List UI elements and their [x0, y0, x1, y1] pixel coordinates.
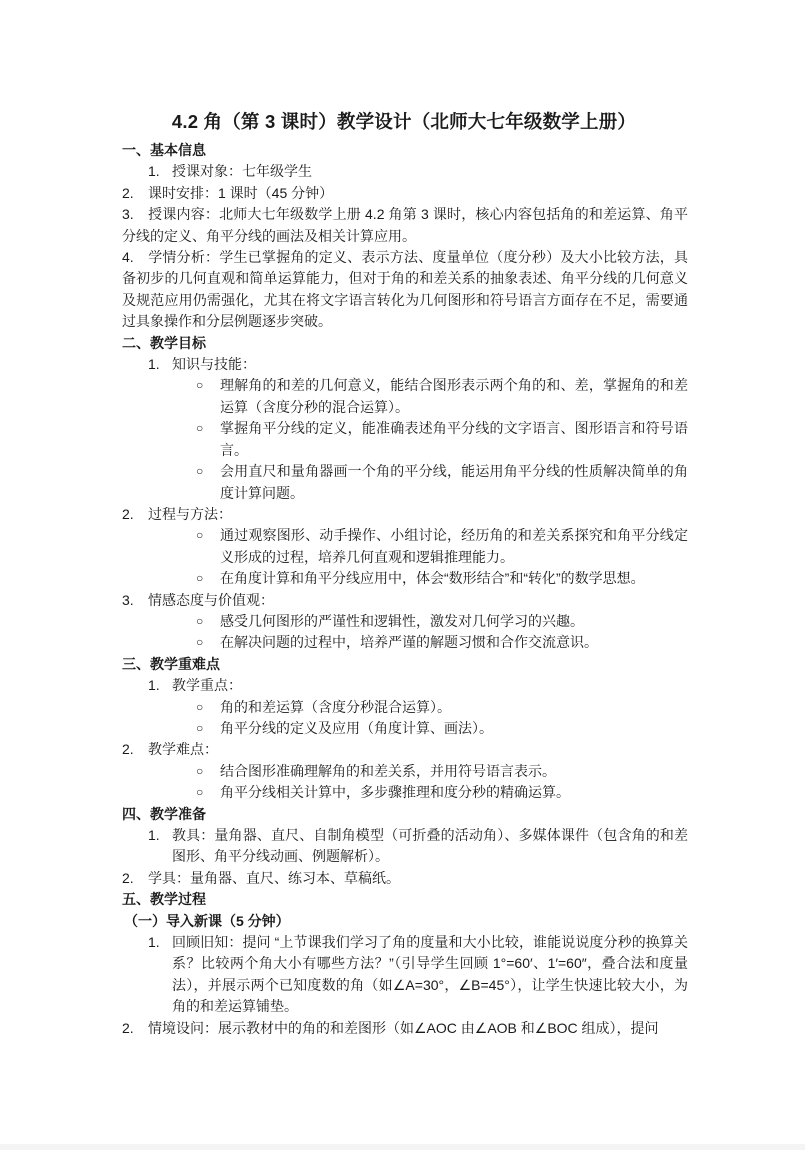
item-text: 教学重点： [172, 677, 242, 693]
circle-bullet-icon: ○ [196, 761, 203, 782]
list-item: 2.课时安排：1 课时（45 分钟） [122, 183, 688, 204]
bullet-item: ○在解决问题的过程中，培养严谨的解题习惯和合作交流意识。 [122, 632, 688, 653]
list-item: 2.教学难点： [122, 739, 688, 760]
bullet-text: 角平分线的定义及应用（角度计算、画法）。 [220, 720, 493, 736]
item-text: 授课内容：北师大七年级数学上册 4.2 角第 3 课时，核心内容包括角的和差运算… [122, 206, 688, 243]
section-heading-key-points: 三、教学重难点 [122, 654, 688, 675]
bullet-item: ○结合图形准确理解角的和差关系，并用符号语言表示。 [122, 761, 688, 782]
bullet-item: ○掌握角平分线的定义，能准确表述角平分线的文字语言、图形语言和符号语言。 [122, 418, 688, 461]
item-number: 2. [122, 1018, 148, 1039]
bullet-item: ○角的和差运算（含度分秒混合运算）。 [122, 697, 688, 718]
item-number: 1. [148, 675, 172, 696]
bullet-item: ○在角度计算和角平分线应用中，体会“数形结合”和“转化”的数学思想。 [122, 568, 688, 589]
bullet-item: ○通过观察图形、动手操作、小组讨论，经历角的和差关系探究和角平分线定义形成的过程… [122, 525, 688, 568]
item-number: 2. [122, 739, 148, 760]
item-number: 1. [148, 161, 172, 182]
circle-bullet-icon: ○ [196, 418, 203, 439]
item-number: 2. [122, 504, 148, 525]
list-item: 1.授课对象：七年级学生 [122, 161, 688, 182]
list-item: 3.情感态度与价值观： [122, 590, 688, 611]
bullet-item: ○角平分线的定义及应用（角度计算、画法）。 [122, 718, 688, 739]
item-text: 教具：量角器、直尺、自制角模型（可折叠的活动角）、多媒体课件（包含角的和差图形、… [172, 827, 688, 864]
bullet-text: 理解角的和差的几何意义，能结合图形表示两个角的和、差，掌握角的和差运算（含度分秒… [220, 377, 688, 414]
item-text: 回顾旧知：提问 “上节课我们学习了角的度量和大小比较，谁能说说度分秒的换算关系？… [172, 934, 688, 1014]
subsection-heading-intro: （一）导入新课（5 分钟） [124, 911, 688, 932]
bullet-item: ○理解角的和差的几何意义，能结合图形表示两个角的和、差，掌握角的和差运算（含度分… [122, 375, 688, 418]
bullet-text: 通过观察图形、动手操作、小组讨论，经历角的和差关系探究和角平分线定义形成的过程，… [220, 527, 688, 564]
bullet-item: ○会用直尺和量角器画一个角的平分线，能运用角平分线的性质解决简单的角度计算问题。 [122, 461, 688, 504]
item-text: 知识与技能： [172, 356, 256, 372]
document-title: 4.2 角（第 3 课时）教学设计（北师大七年级数学上册） [120, 108, 688, 136]
bullet-text: 角的和差运算（含度分秒混合运算）。 [220, 699, 451, 715]
list-item: 2.过程与方法： [122, 504, 688, 525]
circle-bullet-icon: ○ [196, 718, 203, 739]
bullet-text: 会用直尺和量角器画一个角的平分线，能运用角平分线的性质解决简单的角度计算问题。 [220, 463, 688, 500]
bullet-item: ○角平分线相关计算中，多步骤推理和度分秒的精确运算。 [122, 782, 688, 803]
list-item: 2.情境设问：展示教材中的角的和差图形（如∠AOC 由∠AOB 和∠BOC 组成… [122, 1018, 688, 1039]
circle-bullet-icon: ○ [196, 375, 203, 396]
circle-bullet-icon: ○ [196, 782, 203, 803]
list-item: 2.学具：量角器、直尺、练习本、草稿纸。 [122, 868, 688, 889]
item-number: 4. [122, 247, 148, 268]
item-number: 1. [148, 932, 160, 953]
circle-bullet-icon: ○ [196, 611, 203, 632]
circle-bullet-icon: ○ [196, 632, 203, 653]
section-heading-preparation: 四、教学准备 [122, 804, 688, 825]
bullet-text: 结合图形准确理解角的和差关系，并用符号语言表示。 [220, 763, 556, 779]
item-text: 课时安排：1 课时（45 分钟） [148, 185, 333, 201]
list-item: 1.知识与技能： [122, 354, 688, 375]
bullet-item: ○感受几何图形的严谨性和逻辑性，激发对几何学习的兴趣。 [122, 611, 688, 632]
item-text: 教学难点： [148, 741, 218, 757]
item-number: 1. [148, 354, 172, 375]
item-number: 2. [122, 868, 148, 889]
section-heading-teaching-goals: 二、教学目标 [122, 333, 688, 354]
circle-bullet-icon: ○ [196, 461, 203, 482]
list-item: 4.学情分析：学生已掌握角的定义、表示方法、度量单位（度分秒）及大小比较方法，具… [122, 247, 688, 333]
bullet-text: 在角度计算和角平分线应用中，体会“数形结合”和“转化”的数学思想。 [220, 570, 645, 586]
section-heading-basic-info: 一、基本信息 [122, 140, 688, 161]
item-text: 情感态度与价值观： [148, 592, 274, 608]
list-item: 1.教具：量角器、直尺、自制角模型（可折叠的活动角）、多媒体课件（包含角的和差图… [122, 825, 688, 868]
item-number: 2. [122, 183, 148, 204]
circle-bullet-icon: ○ [196, 525, 203, 546]
circle-bullet-icon: ○ [196, 568, 203, 589]
bullet-text: 角平分线相关计算中，多步骤推理和度分秒的精确运算。 [220, 784, 570, 800]
item-text: 学情分析：学生已掌握角的定义、表示方法、度量单位（度分秒）及大小比较方法，具备初… [122, 249, 688, 329]
document-body: 4.2 角（第 3 课时）教学设计（北师大七年级数学上册） 一、基本信息 1.授… [122, 108, 688, 1039]
item-text: 过程与方法： [148, 506, 232, 522]
list-item: 3.授课内容：北师大七年级数学上册 4.2 角第 3 课时，核心内容包括角的和差… [122, 204, 688, 247]
item-text: 情境设问：展示教材中的角的和差图形（如∠AOC 由∠AOB 和∠BOC 组成），… [148, 1020, 659, 1036]
item-text: 学具：量角器、直尺、练习本、草稿纸。 [148, 870, 400, 886]
bullet-text: 感受几何图形的严谨性和逻辑性，激发对几何学习的兴趣。 [220, 613, 584, 629]
list-item: 1.回顾旧知：提问 “上节课我们学习了角的度量和大小比较，谁能说说度分秒的换算关… [122, 932, 688, 1018]
circle-bullet-icon: ○ [196, 697, 203, 718]
document-page: 4.2 角（第 3 课时）教学设计（北师大七年级数学上册） 一、基本信息 1.授… [0, 0, 805, 1144]
section-heading-process: 五、教学过程 [122, 889, 688, 910]
bullet-text: 掌握角平分线的定义，能准确表述角平分线的文字语言、图形语言和符号语言。 [220, 420, 688, 457]
item-number: 3. [122, 590, 148, 611]
list-item: 1.教学重点： [122, 675, 688, 696]
item-number: 3. [122, 204, 148, 225]
item-text: 授课对象：七年级学生 [172, 163, 312, 179]
bullet-text: 在解决问题的过程中，培养严谨的解题习惯和合作交流意识。 [220, 634, 598, 650]
item-number: 1. [148, 825, 160, 846]
